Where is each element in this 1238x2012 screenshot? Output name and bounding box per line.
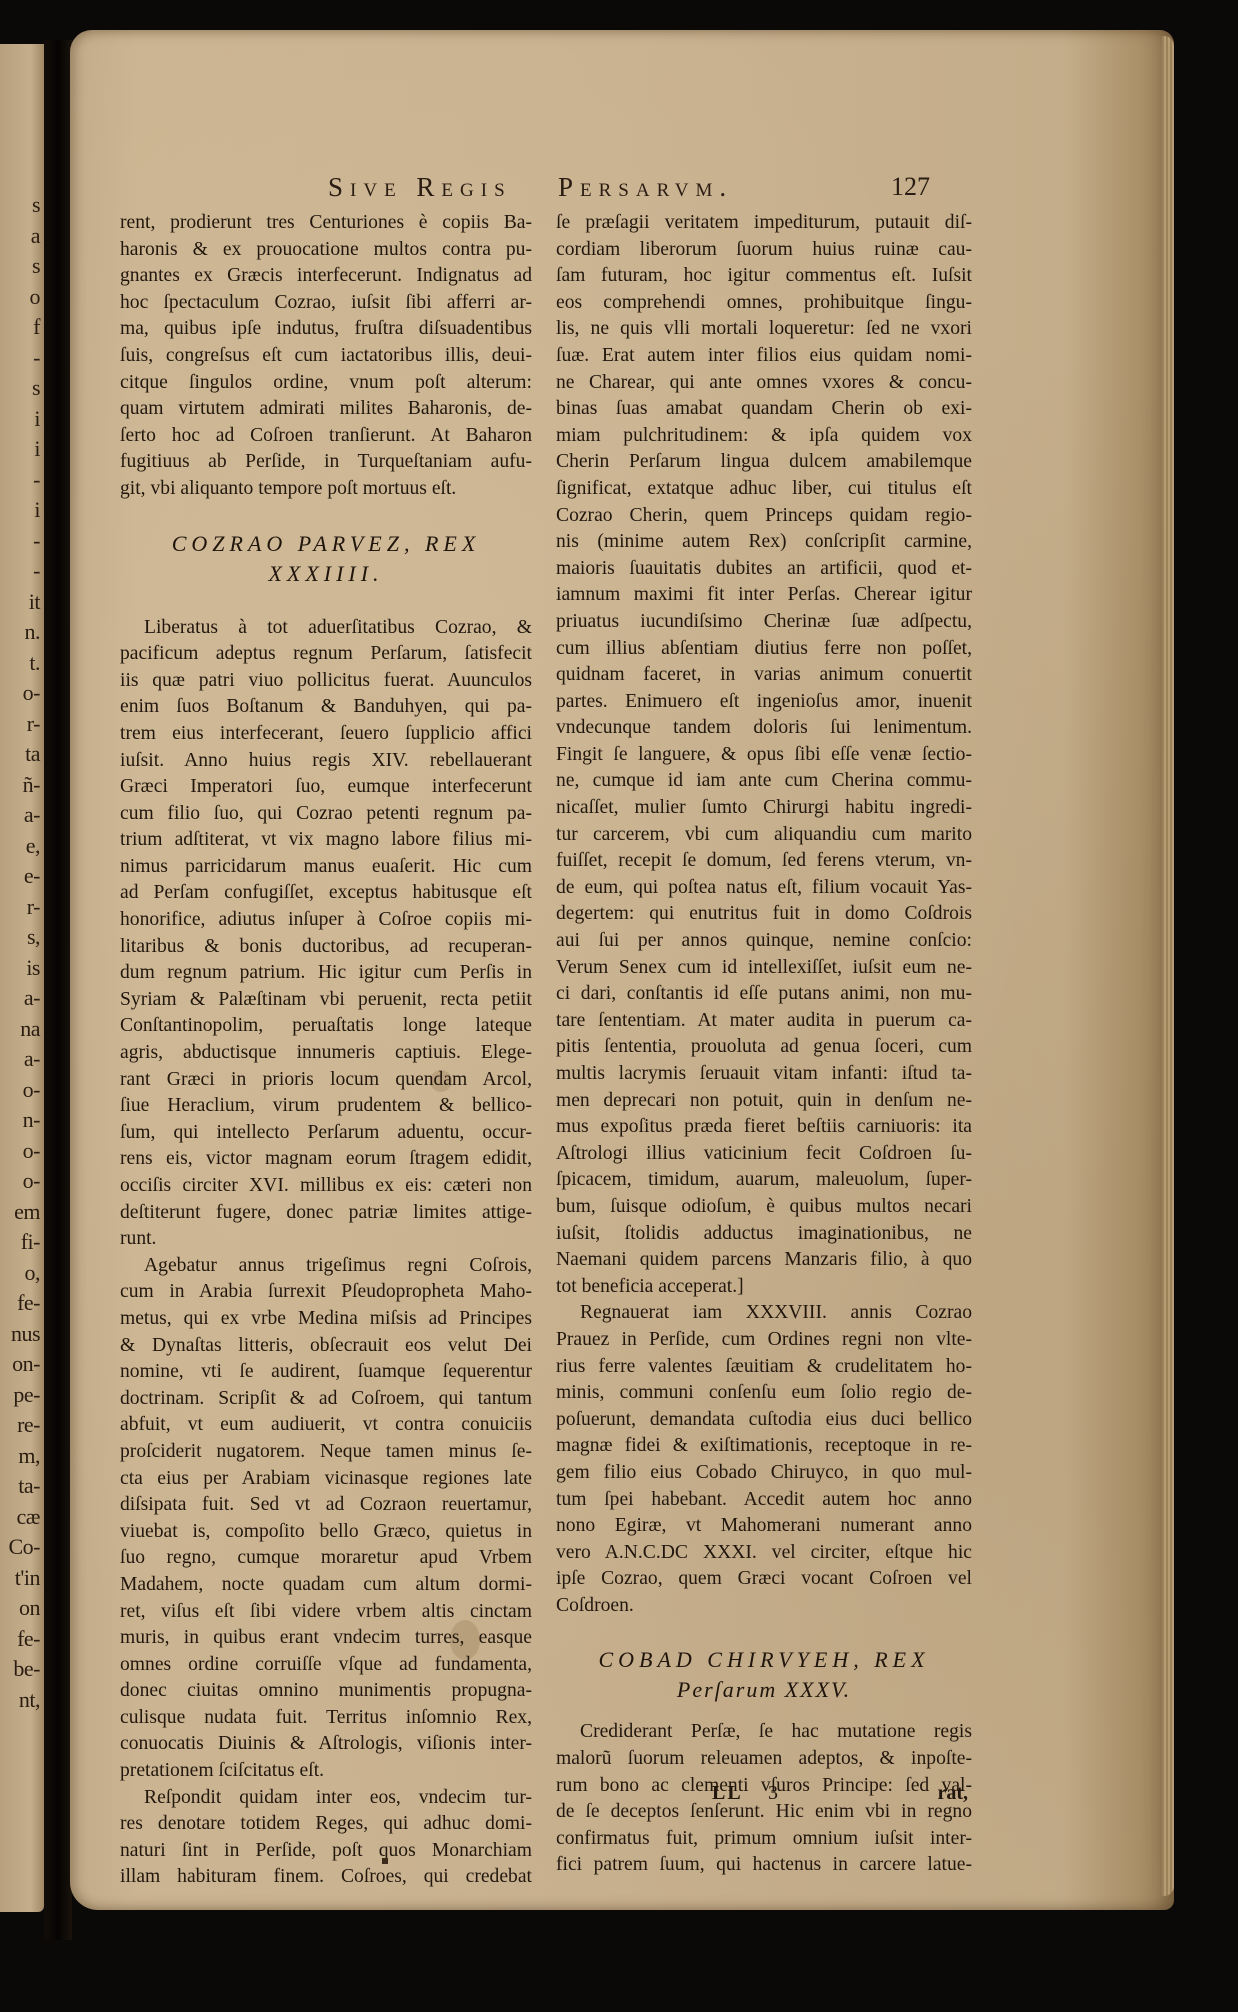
- text-line: culisque nudata fuit. Territus inſomnio …: [120, 1705, 532, 1732]
- text-line: Syriam & Palæſtinam vbi peruenit, recta …: [120, 987, 532, 1014]
- previous-page-text-fragment: e,: [26, 835, 40, 857]
- paragraph: Reſpondit quidam inter eos, vndecim tur-…: [120, 1785, 532, 1891]
- text-line: miam pulchritudinem: & ipſa quidem vox: [556, 423, 972, 450]
- text-line: deſtiterunt fugere, donec patriæ limites…: [120, 1200, 532, 1227]
- previous-page-text-fragment: be-: [13, 1658, 40, 1680]
- text-line: iis quæ patri viuo pollicitus fuerat. Au…: [120, 668, 532, 695]
- previous-page-text-fragment: a: [31, 225, 40, 247]
- previous-page-text-fragment: -: [33, 347, 40, 369]
- paragraph: Agebatur annus trigeſimus regni Coſrois,…: [120, 1253, 532, 1785]
- text-line: tum ſpei habebant. Accedit autem hoc ann…: [556, 1487, 972, 1514]
- previous-page-text-fragment: pe-: [13, 1384, 40, 1406]
- text-line: Coſdroen.: [556, 1593, 972, 1620]
- text-line: ne, cumque id iam ante cum Cherina commu…: [556, 768, 972, 795]
- previous-page-text-fragment: is: [26, 957, 40, 979]
- text-line: trem eius interfecerant, ſeuero ſupplici…: [120, 721, 532, 748]
- text-line: minis, communi conſenſu eum ſolio regio …: [556, 1380, 972, 1407]
- text-line: rens eis, victor magnam eorum ſtragem ed…: [120, 1146, 532, 1173]
- text-line: Agebatur annus trigeſimus regni Coſrois,: [120, 1253, 532, 1280]
- section-heading-subtitle: Perſarum XXXV.: [556, 1675, 972, 1705]
- text-line: ſpicacem, timidum, auarum, maleuolum, ſu…: [556, 1167, 972, 1194]
- text-line: cum filio ſuo, qui Cozrao petenti regnum…: [120, 801, 532, 828]
- text-line: Cherin Perſarum lingua dulcem amabilemqu…: [556, 449, 972, 476]
- text-line: Prauez in Perſide, cum Ordines regni non…: [556, 1327, 972, 1354]
- paragraph: rent, prodierunt tres Centuriones è copi…: [120, 210, 532, 503]
- text-line: occiſis circiter XVI. millibus ex eis: c…: [120, 1173, 532, 1200]
- section-heading: COZRAO PARVEZ, REX: [120, 529, 532, 559]
- text-line: honorifice, adiutus inſuper à Coſroe cop…: [120, 907, 532, 934]
- previous-page-text-fragment: re-: [17, 1414, 40, 1436]
- text-line: conuocatis Diuinis & Aſtrologis, viſioni…: [120, 1731, 532, 1758]
- text-line: pitis ſententia, prouoluta ad genua ſoce…: [556, 1034, 972, 1061]
- page-fore-edge: [1162, 36, 1174, 1896]
- text-line: res denotare totidem Reges, qui adhuc do…: [120, 1811, 532, 1838]
- text-line: enim ſuos Boſtanum & Banduhyen, qui pa-: [120, 694, 532, 721]
- text-line: omnes ordine corruiſſe vſque ad fundamen…: [120, 1652, 532, 1679]
- text-line: litaribus & bonis ductoribus, ad recuper…: [120, 934, 532, 961]
- text-line: citque ſingulos ordine, vnum poſt alteru…: [120, 370, 532, 397]
- text-line: iamnum maximi fit inter Perſas. Cherear …: [556, 582, 972, 609]
- text-line: lis, ne quis vlli mortali loqueretur: ſe…: [556, 316, 972, 343]
- text-line: degertem: qui enutritus fuit in domo Coſ…: [556, 901, 972, 928]
- previous-page-text-fragment: o-: [23, 1140, 40, 1162]
- previous-page-text-fragment: o-: [23, 1079, 40, 1101]
- text-line: muris, in quibus erant vndecim turres, e…: [120, 1625, 532, 1652]
- signature-number: 3: [768, 1782, 778, 1805]
- previous-page-text-fragment: t.: [29, 652, 40, 674]
- previous-page-text-fragment: e-: [24, 865, 40, 887]
- section-heading: COBAD CHIRVYEH, REX: [556, 1645, 972, 1675]
- text-line: dum regnum patrium. Hic igitur cum Perſi…: [120, 960, 532, 987]
- text-line: ſuæ. Erat autem inter filios eius quidam…: [556, 343, 972, 370]
- text-line: rant Græci in prioris locum quendam Arco…: [120, 1067, 532, 1094]
- previous-page-edge: sasof-sii-i--itn.t.o-r-tañ-a-e,e-r-s,isa…: [0, 44, 44, 1912]
- text-line: confirmatus fuit, primum omnium iuſsit i…: [556, 1826, 972, 1853]
- previous-page-text-fragment: -: [33, 530, 40, 552]
- text-line: ſum, qui intellecto Perſarum aduentu, oc…: [120, 1120, 532, 1147]
- previous-page-text-fragment: t'in: [15, 1567, 40, 1589]
- text-line: ret, viſus eſt ſibi videre vrbem altis c…: [120, 1599, 532, 1626]
- previous-page-text-fragment: Co-: [9, 1536, 41, 1558]
- previous-page-text-fragment: fi-: [21, 1231, 40, 1253]
- text-line: Crediderant Perſæ, ſe hac mutatione regi…: [556, 1719, 972, 1746]
- text-line: ſerto hoc ad Coſroen tranſierunt. At Bah…: [120, 423, 532, 450]
- page-number: 127: [891, 172, 930, 202]
- previous-page-text-fragment: i: [34, 438, 40, 460]
- paragraph: Liberatus à tot aduerſitatibus Cozrao, &…: [120, 615, 532, 1253]
- text-line: tot beneficia acceperat.]: [556, 1274, 972, 1301]
- previous-page-text-fragment: fe-: [17, 1292, 40, 1314]
- text-line: fici patrem ſuum, qui hactenus in carcer…: [556, 1852, 972, 1879]
- text-line: illam habituram finem. Coſroes, qui cred…: [120, 1864, 532, 1891]
- text-line: agris, abductisque innumeris captiuis. E…: [120, 1040, 532, 1067]
- running-head-right: Persarvm.: [558, 172, 733, 203]
- previous-page-text-fragment: f: [33, 316, 40, 338]
- text-line: eos comprehendi omnes, prohibuitque ſing…: [556, 290, 972, 317]
- right-column: ſe præſagii veritatem impediturum, putau…: [556, 210, 972, 1879]
- running-head: Sive Regis Persarvm. 127: [328, 172, 924, 208]
- text-line: poſuerunt, demandata cuſtodia eius duci …: [556, 1407, 972, 1434]
- previous-page-text-fragment: o-: [23, 682, 40, 704]
- text-line: hoc ſpectaculum Cozrao, iuſsit ſibi affe…: [120, 290, 532, 317]
- text-line: men deprecari non potuit, quin in denſum…: [556, 1088, 972, 1115]
- text-line: nimus parricidarum manus euaſerit. Hic c…: [120, 854, 532, 881]
- signature-mark: LL: [712, 1782, 743, 1805]
- text-line: trium adſtiterat, vt vix magno labore fi…: [120, 827, 532, 854]
- previous-page-text-fragment: a-: [24, 987, 40, 1009]
- catchword: rat,: [937, 1782, 968, 1805]
- text-line: vndecunque tandem doloris ſui lenimentum…: [556, 715, 972, 742]
- text-line: ipſe Cozrao, quem Græci vocant Coſroen v…: [556, 1566, 972, 1593]
- previous-page-text-fragment: i: [34, 499, 40, 521]
- text-line: aui ſui per annos quinque, nemine conſci…: [556, 928, 972, 955]
- previous-page-text-fragment: n.: [25, 621, 41, 643]
- text-line: runt.: [120, 1226, 532, 1253]
- previous-page-text-fragment: cæ: [17, 1506, 40, 1528]
- text-line: priuatus iucundiſsimo Cherinæ ſuæ adſpec…: [556, 609, 972, 636]
- text-line: gem filio eius Cobado Chiruyco, in quo m…: [556, 1460, 972, 1487]
- previous-page-text-fragment: em: [14, 1201, 40, 1223]
- text-line: magnæ fidei & exiſtimationis, receptoque…: [556, 1433, 972, 1460]
- previous-page-text-fragment: s: [32, 255, 40, 277]
- previous-page-text-fragment: a-: [24, 1048, 40, 1070]
- previous-page-text-fragment: s: [32, 194, 40, 216]
- text-line: proſciderit nugatorem. Neque tamen minus…: [120, 1439, 532, 1466]
- text-line: naturi ſint in Perſide, poſt quos Monarc…: [120, 1838, 532, 1865]
- text-line: Fingit ſe languere, & opus ſibi eſſe ven…: [556, 742, 972, 769]
- text-line: Reſpondit quidam inter eos, vndecim tur-: [120, 1785, 532, 1812]
- previous-page-text-fragment: a-: [24, 804, 40, 826]
- previous-page-text-fragment: s,: [27, 926, 40, 948]
- text-line: rent, prodierunt tres Centuriones è copi…: [120, 210, 532, 237]
- text-line: Aſtrologi illius vaticinium fecit Coſdro…: [556, 1141, 972, 1168]
- previous-page-text-fragment: on: [19, 1597, 40, 1619]
- text-line: git, vbi aliquanto tempore poſt mortuus …: [120, 476, 532, 503]
- previous-page-text-fragment: o: [30, 286, 41, 308]
- text-line: donec ciuitas omnino munimentis propugna…: [120, 1678, 532, 1705]
- text-line: iuſsit. Anno huius regis XIV. rebellauer…: [120, 748, 532, 775]
- text-line: fuiſſet, recepit ſe domum, ſed ferens vt…: [556, 848, 972, 875]
- text-line: binas ſuas amabat quandam Cherin ob exi-: [556, 396, 972, 423]
- previous-page-text-fragment: nus: [11, 1323, 40, 1345]
- previous-page-text-fragment: s: [32, 377, 40, 399]
- text-line: maioris ſuauitatis dubites an artificii,…: [556, 556, 972, 583]
- text-line: mus expoſitus præda fieret beſtiis carni…: [556, 1114, 972, 1141]
- text-line: fugitiuus ab Perſide, in Turqueſtaniam a…: [120, 449, 532, 476]
- text-line: ma, quibus ipſe indutus, fruſtra diſsuad…: [120, 316, 532, 343]
- text-line: nomine, vti ſe audirent, ſuamque ſequere…: [120, 1359, 532, 1386]
- text-line: tare ſententiam. At mater audita in puer…: [556, 1008, 972, 1035]
- text-line: cordiam liberorum ſuorum huius ruinæ cau…: [556, 237, 972, 264]
- previous-page-text-fragment: i: [34, 408, 40, 430]
- previous-page-text-fragment: r-: [27, 713, 40, 735]
- text-line: ſiue Heraclium, virum prudentem & bellic…: [120, 1093, 532, 1120]
- text-line: haronis & ex prouocatione multos contra …: [120, 237, 532, 264]
- previous-page-text-fragment: na: [20, 1018, 40, 1040]
- text-line: cta eius per Arabiam vicinasque regiones…: [120, 1466, 532, 1493]
- text-line: ſe præſagii veritatem impediturum, putau…: [556, 210, 972, 237]
- running-head-left: Sive Regis: [328, 172, 512, 203]
- text-line: ſuis, congreſsus eſt cum iactatoribus il…: [120, 343, 532, 370]
- printer-mark: [382, 1858, 388, 1864]
- text-line: nono Egiræ, vt Mahomerani numerant anno: [556, 1513, 972, 1540]
- text-line: Cozrao Cherin, quem Princeps quidam regi…: [556, 503, 972, 530]
- text-line: ci dari, conſtantis id eſſe putans animi…: [556, 981, 972, 1008]
- text-line: Madahem, nocte quadam cum altum dormi-: [120, 1572, 532, 1599]
- text-line: nis (minime autem Rex) conſcripſit carmi…: [556, 529, 972, 556]
- text-line: ſuo regno, cumque moraretur apud Vrbem: [120, 1545, 532, 1572]
- previous-page-text-fragment: fe-: [17, 1628, 40, 1650]
- text-line: Liberatus à tot aduerſitatibus Cozrao, &: [120, 615, 532, 642]
- page-footer: LL 3 rat,: [556, 1782, 972, 1812]
- text-line: rius ferre valentes ſæuitiam & crudelita…: [556, 1354, 972, 1381]
- book-gutter: [44, 40, 72, 1940]
- previous-page-text-fragment: nt,: [19, 1689, 40, 1711]
- text-line: ad Perſam confugiſſet, exceptus habitusq…: [120, 880, 532, 907]
- previous-page-text-fragment: ta-: [18, 1475, 40, 1497]
- text-line: doctrinam. Scripſit & ad Coſroem, qui ta…: [120, 1386, 532, 1413]
- text-line: iuſsit, ſtolidis adductus imaginationibu…: [556, 1221, 972, 1248]
- text-line: multis lacrymis ſeruauit vitam infanti: …: [556, 1061, 972, 1088]
- text-line: bum, ſuisque odioſum, è quibus multos ne…: [556, 1194, 972, 1221]
- text-line: Conſtantinopolim, peruaſtatis longe late…: [120, 1013, 532, 1040]
- text-line: partes. Enimuero eſt ingenioſus amor, in…: [556, 689, 972, 716]
- previous-page-text-fragment: on-: [12, 1353, 40, 1375]
- text-line: quam virtutem admirati milites Baharonis…: [120, 396, 532, 423]
- text-line: metus, qui ex vrbe Medina miſsis ad Prin…: [120, 1306, 532, 1333]
- text-line: Naemani quidem parcens Manzaris filio, à…: [556, 1247, 972, 1274]
- book-page: Sive Regis Persarvm. 127 rent, prodierun…: [70, 30, 1174, 1910]
- text-line: diſsipata fuit. Sed vt ad Cozraon reuert…: [120, 1492, 532, 1519]
- text-line: Verum Senex cum id intellexiſſet, iuſsit…: [556, 955, 972, 982]
- previous-page-text-fragment: ta: [25, 743, 40, 765]
- text-line: malorũ ſuorum releuamen adeptos, & inpoſ…: [556, 1746, 972, 1773]
- text-line: ſignificat, extatque adhuc liber, cui ti…: [556, 476, 972, 503]
- previous-page-text-fragment: -: [33, 469, 40, 491]
- previous-page-text-fragment: n-: [23, 1109, 40, 1131]
- text-line: viuebat is, compoſito bello Græco, quiet…: [120, 1519, 532, 1546]
- previous-page-text-fragment: it: [29, 591, 40, 613]
- previous-page-text-fragment: m,: [18, 1445, 40, 1467]
- previous-page-text-fragment: o-: [23, 1170, 40, 1192]
- previous-page-text-fragment: -: [33, 560, 40, 582]
- text-line: pretationem ſciſcitatus eſt.: [120, 1758, 532, 1785]
- text-line: cum illius abſentiam diutius ferre non p…: [556, 636, 972, 663]
- previous-page-text-fragment: o,: [25, 1262, 41, 1284]
- text-line: & Dynaſtas litteris, obſecrauit eos velu…: [120, 1333, 532, 1360]
- previous-page-text-fragment: r-: [27, 896, 40, 918]
- text-line: gnantes ex Græcis interfecerunt. Indigna…: [120, 263, 532, 290]
- paragraph: ſe præſagii veritatem impediturum, putau…: [556, 210, 972, 1300]
- text-line: cum in Arabia ſurrexit Pſeudopropheta Ma…: [120, 1279, 532, 1306]
- text-line: quidnam faceret, in varias animum conuer…: [556, 662, 972, 689]
- paragraph: Regnauerat iam XXXVIII. annis CozraoPrau…: [556, 1300, 972, 1619]
- text-line: Græci Imperatori ſuo, eumque interfeceru…: [120, 774, 532, 801]
- previous-page-text-fragment: ñ-: [23, 774, 40, 796]
- text-line: nicaſſet, mulier ſumto Chirurgi habitu i…: [556, 795, 972, 822]
- section-heading-number: XXXIIII.: [120, 559, 532, 589]
- text-line: pacificum adeptus regnum Perſarum, ſatis…: [120, 641, 532, 668]
- text-line: vero A.N.C.DC XXXI. vel circiter, eſtque…: [556, 1540, 972, 1567]
- left-column: rent, prodierunt tres Centuriones è copi…: [120, 210, 532, 1891]
- text-line: abfuit, vt eum audiuerit, vt contra conu…: [120, 1412, 532, 1439]
- text-line: ne Charear, qui ante omnes vxores & conc…: [556, 370, 972, 397]
- text-line: Regnauerat iam XXXVIII. annis Cozrao: [556, 1300, 972, 1327]
- text-line: tur carcerem, vbi cum aliquandiu cum mar…: [556, 822, 972, 849]
- text-line: de eum, qui poſtea natus eſt, filium voc…: [556, 875, 972, 902]
- text-line: ſam futuram, hoc igitur commentus eſt. I…: [556, 263, 972, 290]
